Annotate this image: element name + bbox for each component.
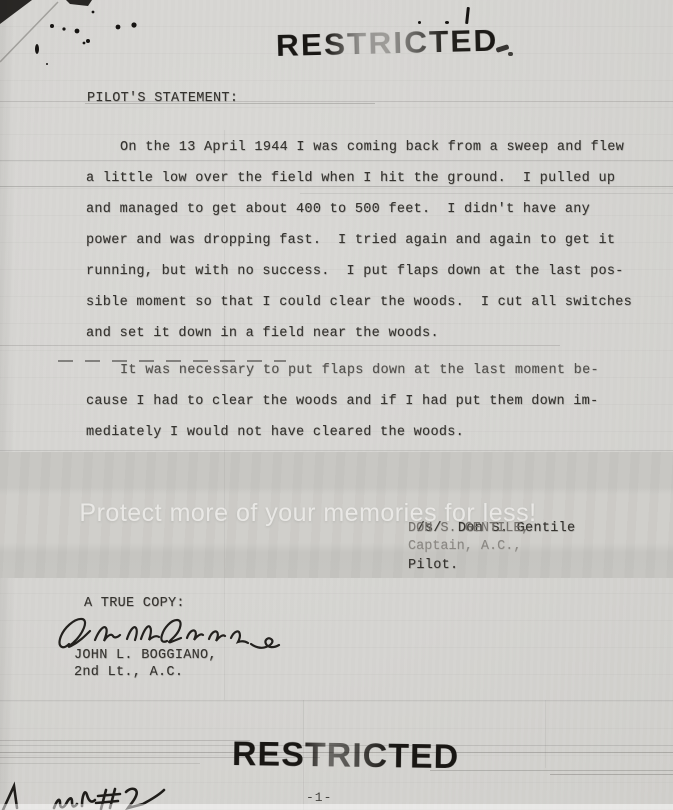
scan-line (550, 774, 673, 775)
statement-line: a little low over the field when I hit t… (86, 163, 626, 194)
statement-line: and set it down in a field near the wood… (86, 318, 626, 349)
statement-paragraph-2: It was necessary to put flaps down at th… (86, 355, 626, 448)
statement-line: power and was dropping fast. I tried aga… (86, 225, 626, 256)
true-copy-label: A TRUE COPY: (84, 596, 185, 611)
scan-line (0, 763, 200, 764)
restricted-stamp-bottom: RESTRICTED (232, 735, 460, 777)
scan-line (0, 740, 250, 741)
corner-damage-and-specks (0, 0, 150, 80)
statement-line: mediately I would not have cleared the w… (86, 417, 626, 448)
scanned-document-page: Protect more of your memories for less! (0, 0, 673, 810)
scan-line (430, 770, 673, 771)
statement-line: running, but with no success. I put flap… (86, 256, 626, 287)
statement-line: On the 13 April 1944 I was coming back f… (86, 132, 626, 163)
pilot-signature-block: /s/Don S. Gentile DON S. GENTILE, Captai… (368, 501, 575, 575)
statement-line: sible moment so that I could clear the w… (86, 287, 626, 318)
statement-line: cause I had to clear the woods and if I … (86, 386, 626, 417)
document-heading: PILOT'S STATEMENT: (87, 91, 238, 106)
page-number: -1- (306, 790, 332, 805)
certifier-typed-name: JOHN L. BOGGIANO, (74, 648, 217, 663)
pilot-typed-name: DON S. GENTILE, (408, 521, 530, 536)
pen-tick-mark (465, 7, 469, 24)
scan-edge-light-strip (0, 804, 673, 810)
statement-line: It was necessary to put flaps down at th… (86, 355, 626, 386)
pilot-rank: Captain, A.C., (408, 539, 521, 554)
scan-line (0, 700, 673, 701)
fold-crease (545, 700, 546, 768)
pilot-title: Pilot. (408, 558, 458, 573)
statement-line: and managed to get about 400 to 500 feet… (86, 194, 626, 225)
scan-line (0, 450, 673, 451)
stamp-smudge (508, 52, 513, 56)
statement-paragraph-1: On the 13 April 1944 I was coming back f… (86, 132, 626, 349)
certifier-rank: 2nd Lt., A.C. (74, 665, 183, 680)
restricted-stamp-top: RESTRICTED (276, 23, 499, 64)
